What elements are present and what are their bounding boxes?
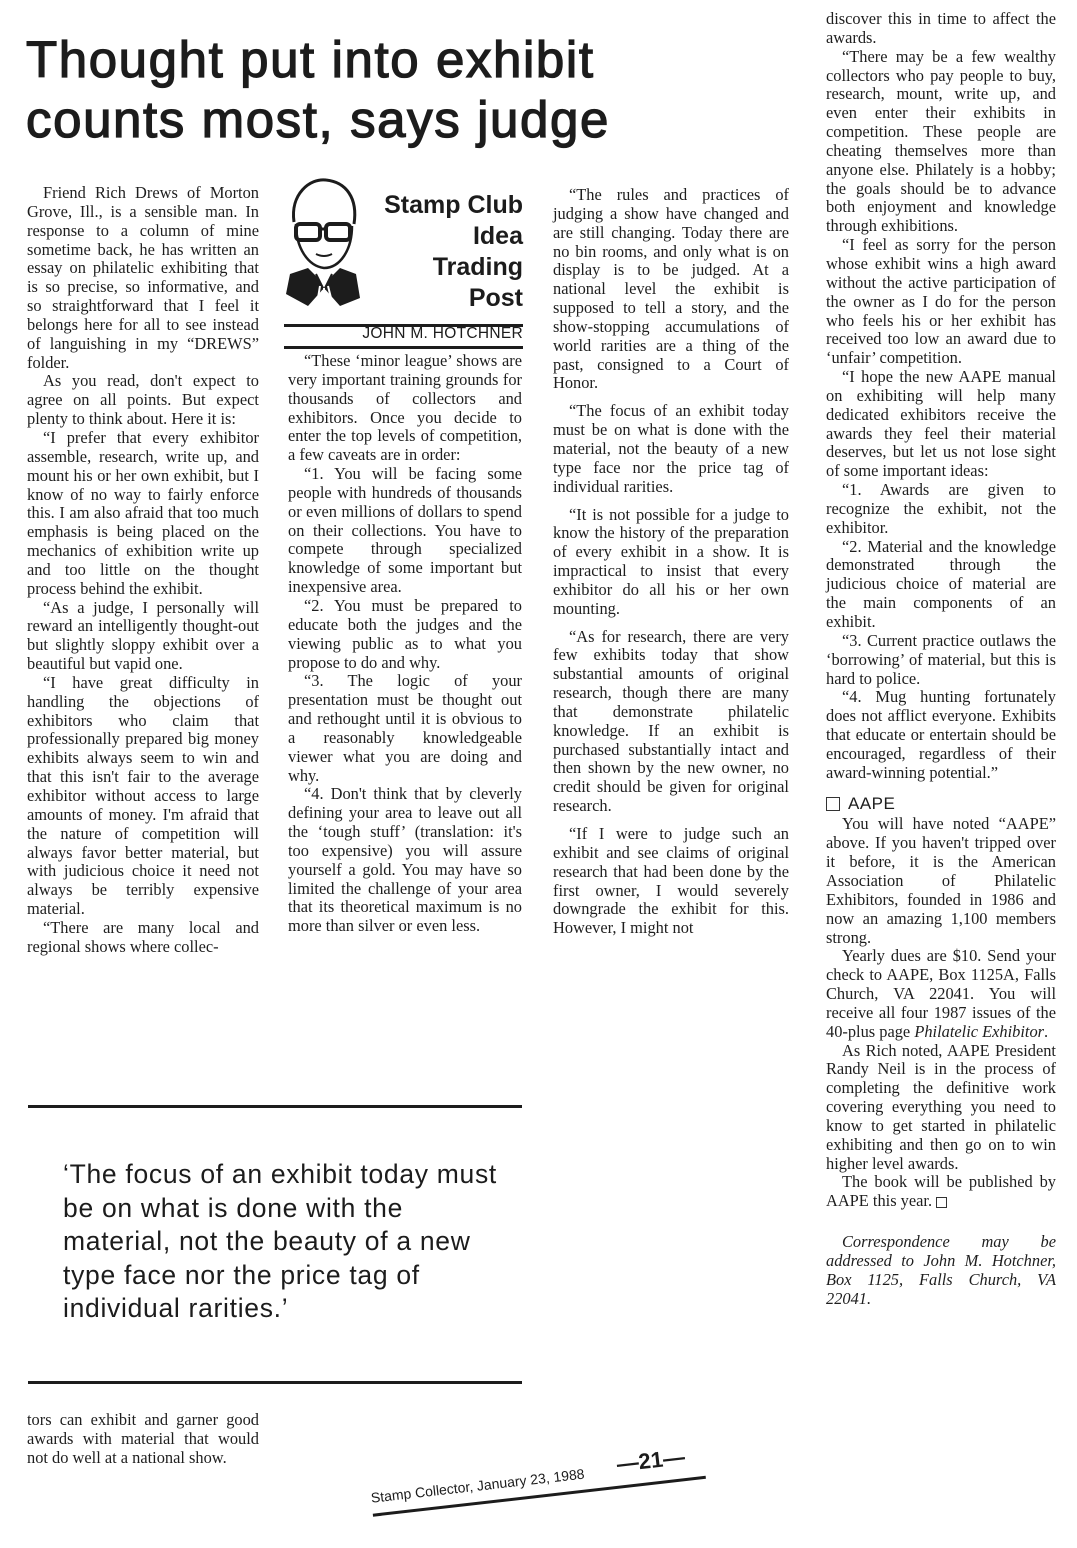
paragraph: You will have noted “AAPE” above. If you…	[826, 815, 1056, 947]
paragraph: “There may be a few wealthy collectors w…	[826, 48, 1056, 236]
byline: JOHN M. HOTCHNER	[283, 324, 523, 344]
article-column-4: discover this in time to affect the awar…	[826, 10, 1056, 1309]
paragraph: “1. You will be facing some people with …	[288, 465, 522, 597]
logo-title-line: Post	[353, 283, 523, 314]
headline: Thought put into exhibit counts most, sa…	[26, 30, 786, 150]
end-mark-box-icon	[936, 1197, 947, 1208]
article-column-2: “These ‘minor league’ shows are very imp…	[288, 352, 522, 936]
punctuation: .	[1044, 1022, 1048, 1041]
paragraph: “1. Awards are given to recognize the ex…	[826, 481, 1056, 538]
logo-title-line: Stamp Club	[353, 190, 523, 221]
page-number: —21—	[615, 1444, 686, 1478]
paragraph: “I prefer that every exhibitor assemble,…	[27, 429, 259, 599]
paragraph: “3. The logic of your presentation must …	[288, 672, 522, 785]
paragraph: “It is not possible for a judge to know …	[553, 506, 789, 619]
paragraph: “As a judge, I personally will reward an…	[27, 599, 259, 674]
logo-title-line: Trading	[353, 252, 523, 283]
pull-quote-rule-top	[28, 1105, 522, 1108]
headline-line-2: counts most, says judge	[26, 90, 786, 150]
pull-quote-rule-bottom	[28, 1381, 522, 1384]
author-portrait-icon	[280, 174, 364, 314]
paragraph: “4. Mug hunting fortunately does not aff…	[826, 688, 1056, 782]
section-subhead-aape: AAPE	[826, 795, 1056, 814]
section-box-icon	[826, 797, 840, 811]
paragraph: The book will be published by AAPE this …	[826, 1173, 1056, 1211]
column-logo: Stamp Club Idea Trading Post JOHN M. HOT…	[280, 174, 523, 350]
paragraph: As Rich noted, AAPE President Randy Neil…	[826, 1042, 1056, 1174]
paragraph: “As for research, there are very few exh…	[553, 628, 789, 816]
paragraph: “The rules and practices of judging a sh…	[553, 186, 789, 393]
paragraph: As you read, don't expect to agree on al…	[27, 372, 259, 429]
article-column-1-continued: tors can exhibit and garner good awards …	[27, 1411, 259, 1468]
paragraph: Yearly dues are $10. Send your check to …	[826, 947, 1056, 1041]
correspondence-note: Correspondence may be addressed to John …	[826, 1233, 1056, 1308]
headline-line-1: Thought put into exhibit	[26, 30, 786, 90]
paragraph: “If I were to judge such an exhibit and …	[553, 825, 789, 938]
article-column-3: “The rules and practices of judging a sh…	[553, 186, 789, 938]
paragraph: “2. Material and the knowledge demonstra…	[826, 538, 1056, 632]
byline-rule-bottom	[284, 346, 523, 349]
logo-title-line: Idea	[353, 221, 523, 252]
paragraph: discover this in time to affect the awar…	[826, 10, 1056, 48]
page-footer: Stamp Collector, January 23, 1988 —21—	[368, 1434, 711, 1522]
paragraph: “4. Don't think that by cleverly definin…	[288, 785, 522, 936]
publication-source: Stamp Collector, January 23, 1988	[370, 1466, 585, 1506]
paragraph: “3. Current practice outlaws the ‘borrow…	[826, 632, 1056, 689]
pull-quote: ‘The focus of an exhibit today must be o…	[63, 1158, 503, 1326]
paragraph: “The focus of an exhibit today must be o…	[553, 402, 789, 496]
paragraph: “These ‘minor league’ shows are very imp…	[288, 352, 522, 465]
paragraph: “There are many local and regional shows…	[27, 919, 259, 957]
article-column-1: Friend Rich Drews of Morton Grove, Ill.,…	[27, 184, 259, 957]
paragraph: “I hope the new AAPE manual on exhibitin…	[826, 368, 1056, 481]
paragraph: “I have great difficulty in handling the…	[27, 674, 259, 919]
paragraph: Friend Rich Drews of Morton Grove, Ill.,…	[27, 184, 259, 372]
paragraph: tors can exhibit and garner good awards …	[27, 1411, 259, 1468]
paragraph: “I feel as sorry for the person whose ex…	[826, 236, 1056, 368]
paragraph: “2. You must be prepared to educate both…	[288, 597, 522, 672]
publication-title: Philatelic Exhibitor	[914, 1022, 1044, 1041]
subhead-label: AAPE	[848, 795, 895, 814]
column-logo-title: Stamp Club Idea Trading Post	[353, 190, 523, 314]
